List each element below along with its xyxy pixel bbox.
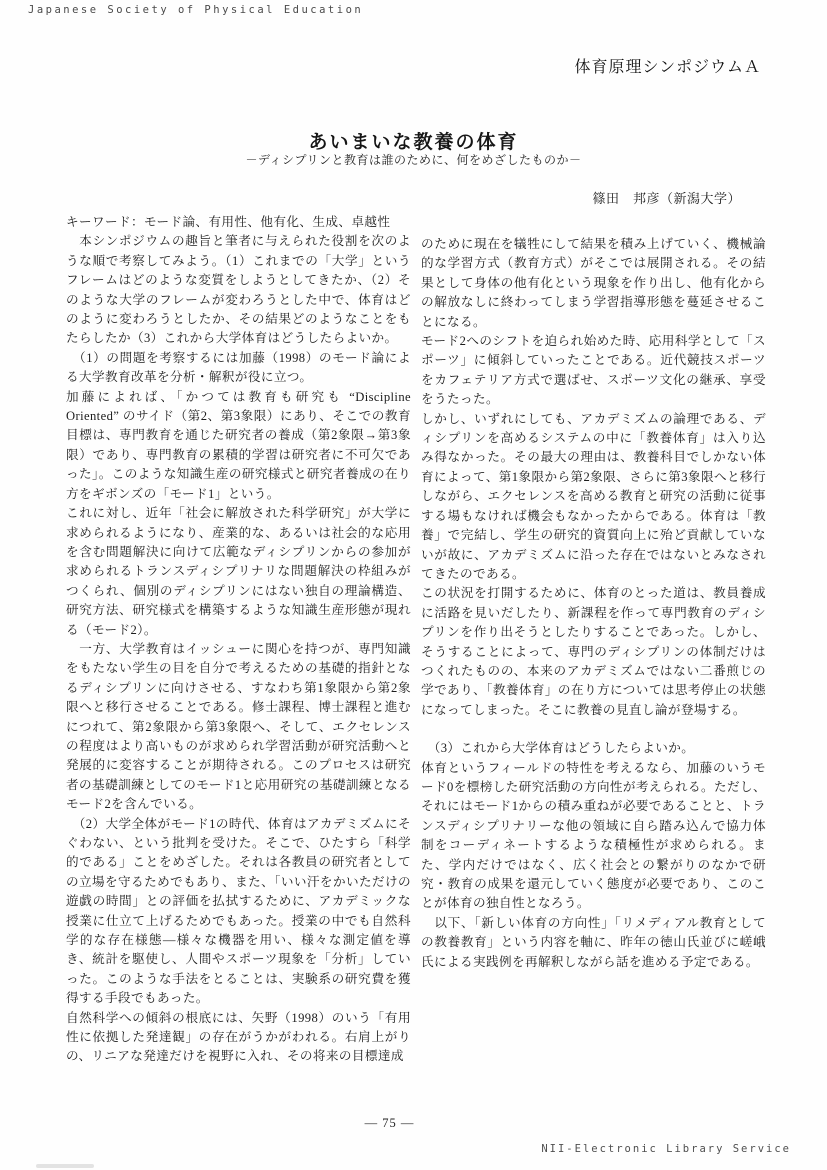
paragraph: （2）大学全体がモード1の時代、体育はアカデミズムにそぐわない、という批判を受け…	[66, 815, 411, 1009]
keywords-line: キーワード：モード論、有用性、他有化、生成、卓越性	[66, 213, 411, 232]
page-number: — 75 —	[0, 1116, 779, 1131]
paragraph: モード2へのシフトを迫られ始めた時、応用科学として「スポーツ」に傾斜していったこ…	[421, 332, 766, 410]
paper-title: あいまいな教養の体育	[0, 127, 827, 154]
scan-artifact	[36, 1164, 94, 1168]
library-service-label: NII-Electronic Library Service	[541, 1143, 791, 1155]
paragraph: 体育というフィールドの特性を考えるなら、加藤のいうモード0を標榜した研究活動の方…	[421, 759, 766, 914]
session-label: 体育原理シンポジウムＡ	[575, 54, 761, 77]
paragraph: これに対し、近年「社会に解放された科学研究」が大学に求められるようになり、産業的…	[66, 504, 411, 640]
paragraph: 以下、「新しい体育の方向性」「リメディアル教育としての教養教育」という内容を軸に…	[421, 914, 766, 972]
paragraph: 一方、大学教育はイッシューに関心を持つが、専門知識をもたない学生の目を自分で考え…	[66, 640, 411, 815]
paragraph: 自然科学への傾斜の根底には、矢野（1998）のいう「有用性に依拠した発達観」の存…	[66, 1009, 411, 1067]
paragraph: （1）の問題を考察するには加藤（1998）のモード論による大学教育改革を分析・解…	[66, 349, 411, 388]
section-heading: （3）これから大学体育はどうしたらよいか。	[421, 739, 766, 758]
paper-subtitle: －ディシプリンと教育は誰のために、何をめざしたものか－	[0, 151, 827, 168]
right-column: のために現在を犠牲にして結果を積み上げていく、機械論的な学習方式（教育方式）がそ…	[421, 213, 766, 1093]
scan-header-society: Japanese Society of Physical Education	[28, 4, 363, 16]
author-affiliation: 篠田 邦彦（新潟大学）	[592, 188, 741, 207]
paragraph: 本シンポジウムの趣旨と筆者に与えられた役割を次のような順で考察してみよう。（1）…	[66, 232, 411, 348]
paragraph: しかし、いずれにしても、アカデミズムの論理である、ディシプリンを高めるシステムの…	[421, 410, 766, 585]
body-columns: キーワード：モード論、有用性、他有化、生成、卓越性 本シンポジウムの趣旨と筆者に…	[66, 213, 766, 1093]
left-column: キーワード：モード論、有用性、他有化、生成、卓越性 本シンポジウムの趣旨と筆者に…	[66, 213, 411, 1093]
paragraph: この状況を打開するために、体育のとった道は、教員養成に活路を見いだしたり、新課程…	[421, 584, 766, 720]
paragraph: のために現在を犠牲にして結果を積み上げていく、機械論的な学習方式（教育方式）がそ…	[421, 235, 766, 332]
scanned-paper-page: Japanese Society of Physical Education 体…	[0, 0, 827, 1170]
paragraph: 加藤によれば、「かつては教育も研究も “Discipline Oriented”…	[66, 388, 411, 504]
